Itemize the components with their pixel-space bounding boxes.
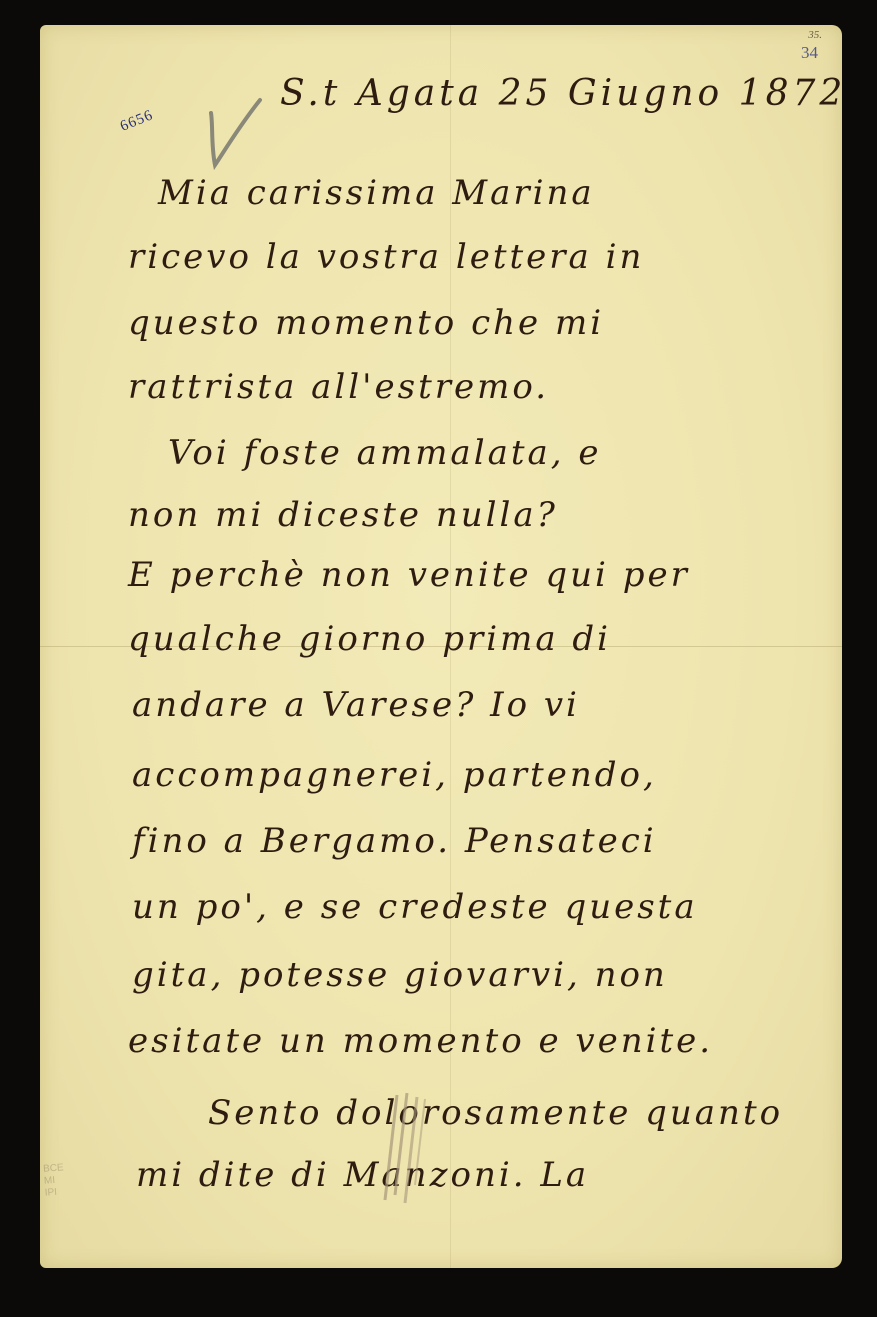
folio-mark-crossed: 35.: [808, 29, 822, 41]
letter-line-2: ricevo la vostra lettera in: [128, 237, 644, 277]
letter-line-6: non mi diceste nulla?: [128, 495, 558, 535]
letter-line-10: accompagnerei, partendo,: [132, 755, 657, 795]
archive-stamp-number: 6656: [118, 107, 156, 135]
pencil-stroke-marks-icon: [375, 1085, 435, 1205]
letter-line-13: gita, potesse giovarvi, non: [132, 955, 668, 995]
letter-line-11: fino a Bergamo. Pensateci: [132, 821, 657, 861]
letter-line-5: Voi foste ammalata, e: [168, 433, 602, 473]
letter-line-16: mi dite di Manzoni. La: [136, 1155, 589, 1195]
letter-dateline: S.t Agata 25 Giugno 1872: [280, 73, 846, 114]
letter-line-8: qualche giorno prima di: [128, 619, 611, 659]
letter-line-12: un po', e se credeste questa: [132, 887, 698, 927]
letter-line-14: esitate un momento e venite.: [128, 1021, 713, 1061]
pencil-check-mark-icon: [205, 95, 265, 175]
faint-library-stamp: BCEMIIPI: [43, 1162, 66, 1199]
letter-line-1: Mia carissima Marina: [158, 173, 595, 213]
letter-line-7: E perchè non venite qui per: [128, 555, 690, 595]
letter-line-15: Sento dolorosamente quanto: [208, 1093, 783, 1133]
letter-line-4: rattrista all'estremo.: [128, 367, 549, 407]
folio-number: 34: [801, 43, 818, 63]
letter-sheet: 6656 35. 34 S.t Agata 25 Giugno 1872 Mia…: [40, 25, 842, 1268]
letter-line-3: questo momento che mi: [128, 303, 604, 343]
letter-line-9: andare a Varese? Io vi: [132, 685, 580, 725]
